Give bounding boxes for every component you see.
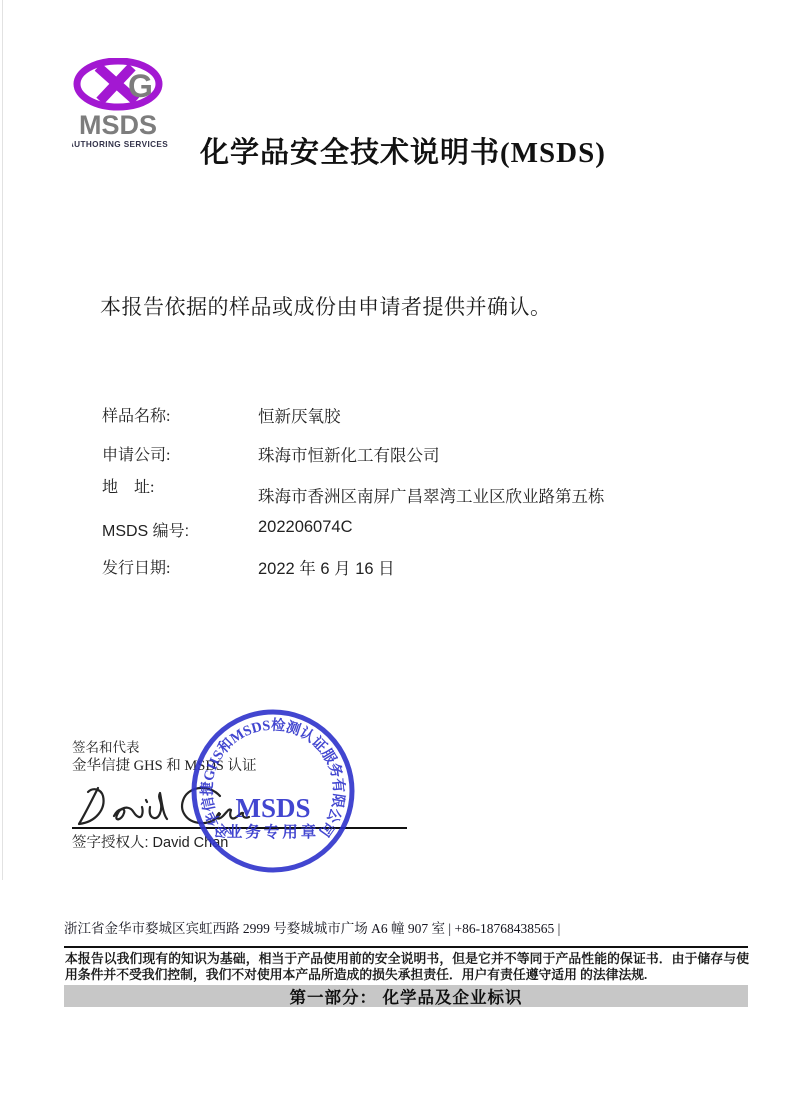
signature-section-title: 签名和代表 [72,736,140,756]
field-value: 珠海市香洲区南屏广昌翠湾工业区欣业路第五栋 [258,483,605,507]
logo-msds-text: MSDS [79,110,157,140]
brand-logo: G MSDS AUTHORING SERVICES [72,58,172,160]
field-value: 恒新厌氧胶 [258,403,341,427]
msds-cover-page: G MSDS AUTHORING SERVICES 化学品安全技术说明书(MSD… [0,0,800,1093]
logo-g-letter: G [128,68,153,104]
field-value: 珠海市恒新化工有限公司 [258,442,440,466]
section-header-bar: 第一部分： 化学品及企业标识 [64,985,748,1007]
page-title: 化学品安全技术说明书(MSDS) [200,130,660,171]
footer-rule [64,946,748,948]
disclaimer-text: 本报告以我们现有的知识为基础，相当于产品使用前的安全说明书，但是它并不等同于产品… [65,951,749,983]
field-label: 发行日期: [102,555,170,578]
field-label: 申请公司: [102,442,170,465]
stamp-bottom-text: 业务专用章 [227,822,320,841]
scan-edge-line [2,0,3,880]
field-label: 样品名称: [102,403,170,426]
field-value: 202206074C [258,518,353,537]
field-row-issue-date: 发行日期: 2022 年 6 月 16 日 [102,555,742,581]
field-row-sample-name: 样品名称: 恒新厌氧胶 [102,403,742,429]
field-row-msds-number: MSDS 编号: 202206074C [102,518,742,544]
confirmation-statement: 本报告依据的样品或成份由申请者提供并确认。 [100,291,552,321]
logo-tagline: AUTHORING SERVICES [72,140,168,149]
field-row-applicant-company: 申请公司: 珠海市恒新化工有限公司 [102,442,742,468]
company-stamp-icon: 金华信捷GHS和MSDS检测认证服务有限公司 MSDS 业务专用章 [185,703,361,879]
field-value: 2022 年 6 月 16 日 [258,555,395,579]
field-label: 地 址: [102,474,154,497]
footer-address: 浙江省金华市婺城区宾虹西路 2999 号婺城城市广场 A6 幢 907 室 | … [64,917,560,937]
section-header-text: 第一部分： 化学品及企业标识 [289,984,522,1008]
field-row-address: 地 址: 珠海市香洲区南屏广昌翠湾工业区欣业路第五栋 [102,474,742,500]
stamp-center-text: MSDS [235,793,310,823]
field-label: MSDS 编号: [102,518,189,541]
xg-ellipse-icon: G [77,61,159,107]
